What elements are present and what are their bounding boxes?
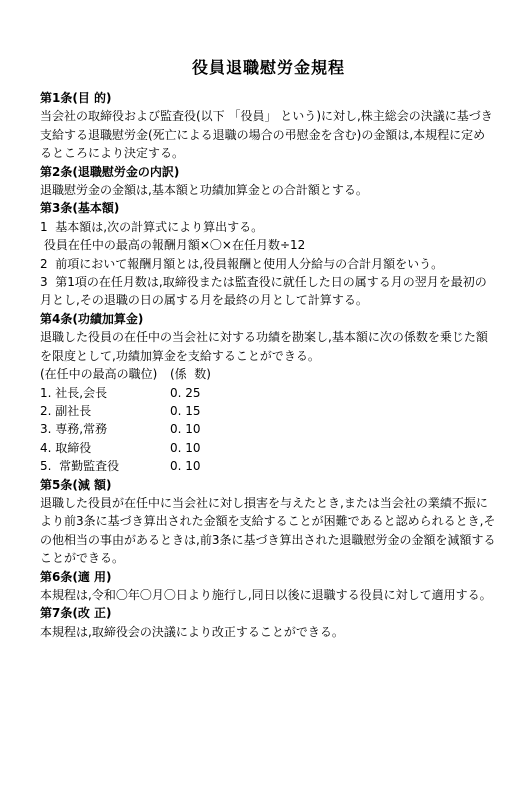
article-7-heading: 第7条(改 正) [40,604,497,622]
article-6-application: 第6条(適 用) 本規程は,令和〇年〇月〇日より施行し,同日以後に退職する役員に… [40,568,497,605]
article-2-breakdown: 第2条(退職慰労金の内訳) 退職慰労金の金額は,基本額と功績加算金との合計額とす… [40,163,497,200]
article-1-heading: 第1条(目 的) [40,89,497,107]
coefficient-table-header-row: (在任中の最高の職位) (係 数) [40,365,497,383]
table-row: 3. 専務,常務 0. 10 [40,420,497,438]
table-row: 1. 社長,会長 0. 25 [40,384,497,402]
position-label: 4. 取締役 [40,439,170,457]
article-3-item-3: 3 第1項の在任月数は,取締役または監査役に就任した日の属する月の翌月を最初の月… [40,273,497,310]
article-3-formula: 役員在任中の最高の報酬月額×〇×在任月数÷12 [40,236,497,254]
article-4-paragraph: 退職した役員の在任中の当会社に対する功績を勘案し,基本額に次の係数を乗じた額を限… [40,328,497,365]
coefficient-value: 0. 10 [170,439,201,457]
article-3-item-2: 2 前項において報酬月額とは,役員報酬と使用人分給与の合計月額をいう。 [40,255,497,273]
article-6-paragraph: 本規程は,令和〇年〇月〇日より施行し,同日以後に退職する役員に対して適用する。 [40,586,497,604]
coefficient-table-header-position: (在任中の最高の職位) [40,365,170,383]
article-4-heading: 第4条(功績加算金) [40,310,497,328]
article-4-merit-addition: 第4条(功績加算金) 退職した役員の在任中の当会社に対する功績を勘案し,基本額に… [40,310,497,476]
table-row: 4. 取締役 0. 10 [40,439,497,457]
document-page: 役員退職慰労金規程 第1条(目 的) 当会社の取締役および監査役(以下 「役員」… [0,0,532,786]
article-3-item-1: 1 基本額は,次の計算式により算出する。 [40,218,497,236]
position-label: 3. 専務,常務 [40,420,170,438]
article-5-heading: 第5条(減 額) [40,476,497,494]
table-row: 5. 常勤監査役 0. 10 [40,457,497,475]
article-6-heading: 第6条(適 用) [40,568,497,586]
article-2-paragraph: 退職慰労金の金額は,基本額と功績加算金との合計額とする。 [40,181,497,199]
article-3-heading: 第3条(基本額) [40,199,497,217]
article-3-base-amount: 第3条(基本額) 1 基本額は,次の計算式により算出する。 役員在任中の最高の報… [40,199,497,309]
article-1-purpose: 第1条(目 的) 当会社の取締役および監査役(以下 「役員」 という)に対し,株… [40,89,497,163]
position-label: 2. 副社長 [40,402,170,420]
coefficient-value: 0. 10 [170,457,201,475]
coefficient-value: 0. 15 [170,402,201,420]
article-2-heading: 第2条(退職慰労金の内訳) [40,163,497,181]
article-5-paragraph: 退職した役員が在任中に当会社に対し損害を与えたとき,または当会社の業績不振により… [40,494,497,568]
position-label: 5. 常勤監査役 [40,457,170,475]
table-row: 2. 副社長 0. 15 [40,402,497,420]
coefficient-value: 0. 25 [170,384,201,402]
article-7-amendment: 第7条(改 正) 本規程は,取締役会の決議により改正することができる。 [40,604,497,641]
position-label: 1. 社長,会長 [40,384,170,402]
article-5-reduction: 第5条(減 額) 退職した役員が在任中に当会社に対し損害を与えたとき,または当会… [40,476,497,568]
coefficient-table: (在任中の最高の職位) (係 数) 1. 社長,会長 0. 25 2. 副社長 … [40,365,497,475]
article-7-paragraph: 本規程は,取締役会の決議により改正することができる。 [40,623,497,641]
document-title: 役員退職慰労金規程 [40,58,497,78]
article-1-paragraph: 当会社の取締役および監査役(以下 「役員」 という)に対し,株主総会の決議に基づ… [40,107,497,162]
coefficient-table-header-coefficient: (係 数) [170,365,211,383]
coefficient-value: 0. 10 [170,420,201,438]
